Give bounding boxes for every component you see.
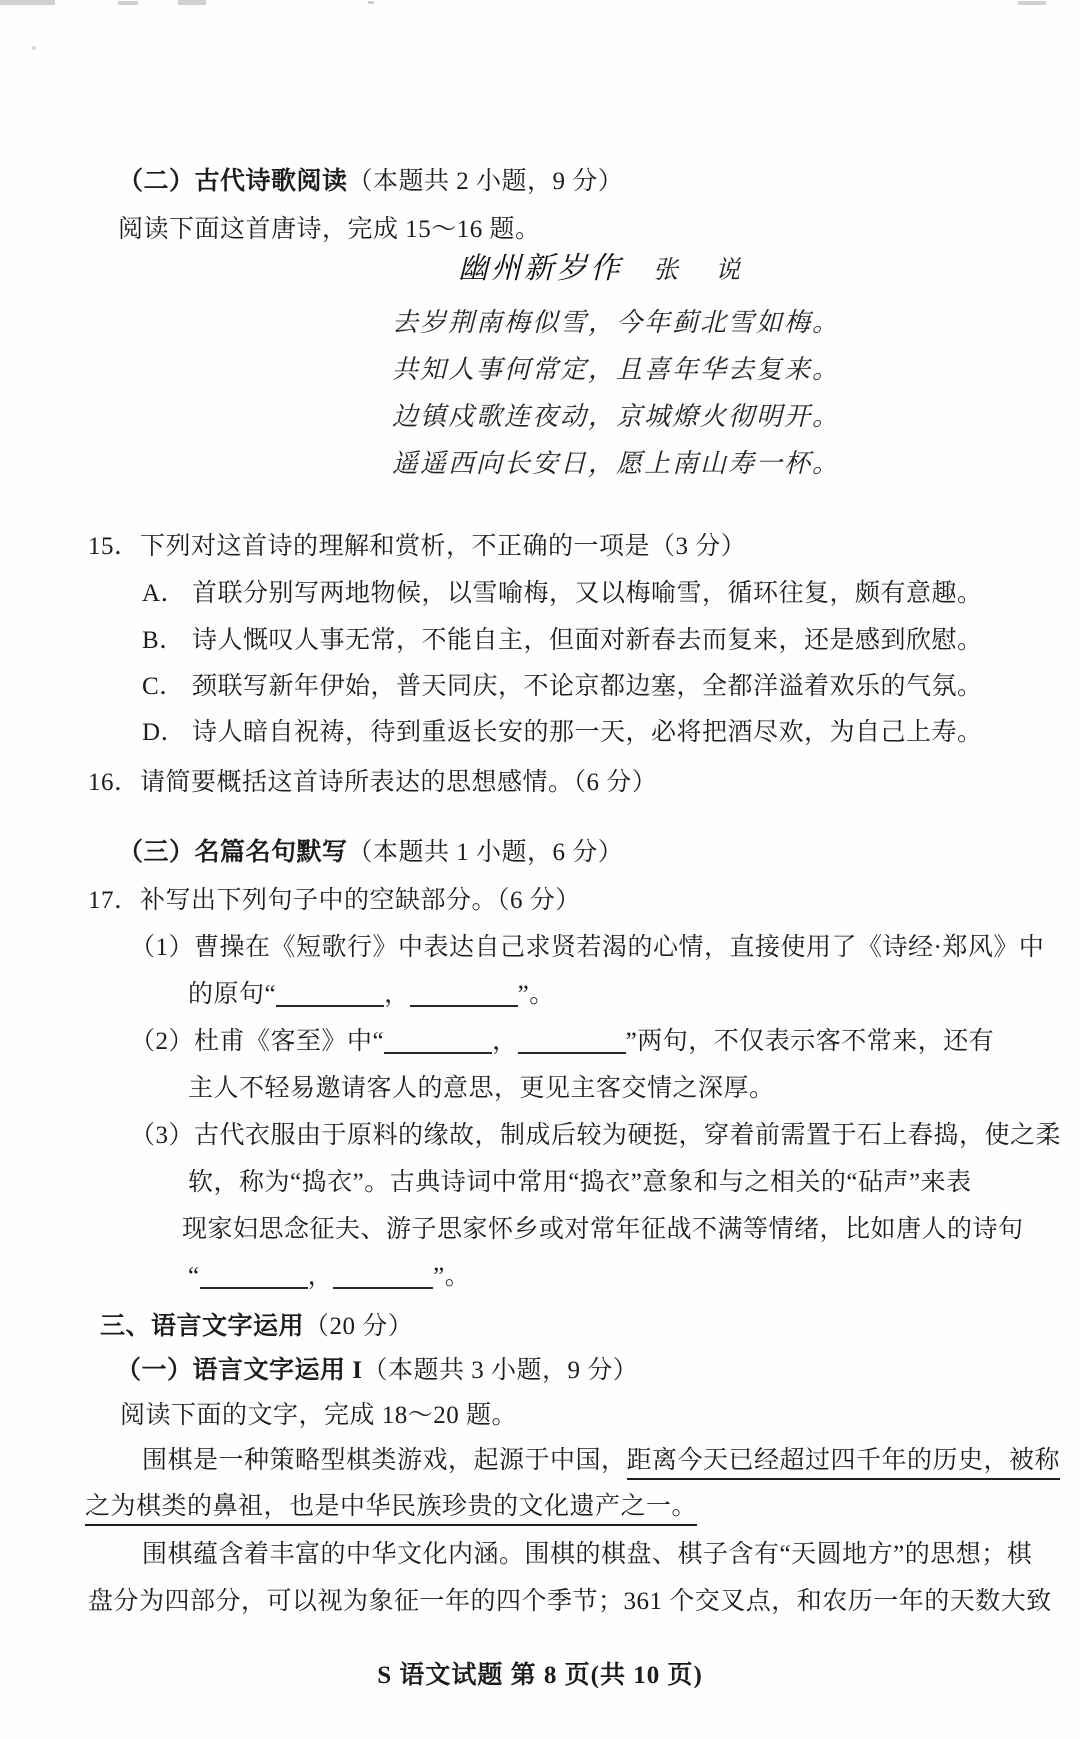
option-label: B．	[142, 624, 192, 658]
question-16: 16．请简要概括这首诗所表达的思想感情。（6 分）	[88, 766, 657, 800]
poem-line: 遥遥西向长安日，愿上南山寿一杯。	[392, 447, 840, 481]
option-d: D．诗人暗自祝祷，待到重返长安的那一天，必将把酒尽欢，为自己上寿。	[142, 716, 983, 750]
item-text: 杜甫《客至》中“	[194, 1028, 384, 1055]
item-text: ，	[384, 981, 410, 1008]
exam-page: （二）古代诗歌阅读（本题共 2 小题，9 分） 阅读下面这首唐诗，完成 15～1…	[0, 0, 1080, 1739]
section-title: 三、语言文字运用	[100, 1313, 304, 1340]
passage-paragraph-2-line-1: 围棋蕴含着丰富的中华文化内涵。围棋的棋盘、棋子含有“天圆地方”的思想；棋	[142, 1538, 1032, 1572]
section-label: （一）	[116, 1357, 193, 1384]
item-3-line-2: 软，称为“捣衣”。古典诗词中常用“捣衣”意象和与之相关的“砧声”来表	[188, 1166, 972, 1200]
section-heading-poetry: （二）古代诗歌阅读（本题共 2 小题，9 分）	[118, 165, 623, 199]
item-text: ”两句，不仅表示客不常来，还有	[626, 1028, 995, 1055]
section-meta: （本题共 3 小题，9 分）	[363, 1357, 639, 1384]
scan-artifact	[1018, 1, 1046, 5]
underlined-text: 距离今天已经超过四千年的历史，被称	[627, 1447, 1061, 1480]
item-text: ”。	[518, 981, 555, 1008]
answer-blank	[276, 993, 384, 1007]
section-meta: （本题共 1 小题，6 分）	[348, 839, 624, 866]
item-1-line-2: 的原句“，”。	[188, 978, 555, 1012]
question-number: 17．	[88, 884, 140, 918]
scan-artifact	[178, 0, 206, 5]
language-intro: 阅读下面的文字，完成 18～20 题。	[120, 1399, 517, 1433]
item-text: ”。	[433, 1263, 470, 1290]
answer-blank	[410, 993, 518, 1007]
scan-artifact	[0, 0, 55, 5]
section-meta: （本题共 2 小题，9 分）	[348, 168, 624, 195]
item-3-line-3: 现家妇思念征夫、游子思家怀乡或对常年征战不满等情绪，比如唐人的诗句	[182, 1213, 1024, 1247]
option-text: 颈联写新年伊始，普天同庆，不论京都边塞，全都洋溢着欢乐的气氛。	[192, 673, 983, 700]
item-3-line-4: “，”。	[188, 1260, 470, 1294]
option-a: A．首联分别写两地物候，以雪喻梅，又以梅喻雪，循环往复，颇有意趣。	[142, 577, 983, 611]
option-text: 首联分别写两地物候，以雪喻梅，又以梅喻雪，循环往复，颇有意趣。	[192, 580, 983, 607]
subsection-heading-language-1: （一）语言文字运用 I（本题共 3 小题，9 分）	[116, 1354, 638, 1388]
section-heading-dictation: （三）名篇名句默写（本题共 1 小题，6 分）	[118, 836, 623, 870]
poem-line: 去岁荆南梅似雪，今年蓟北雪如梅。	[392, 306, 840, 340]
question-stem: 下列对这首诗的理解和赏析，不正确的一项是（3 分）	[140, 533, 746, 560]
question-17: 17．补写出下列句子中的空缺部分。（6 分）	[88, 884, 581, 918]
item-label: （3）	[130, 1119, 194, 1153]
option-b: B．诗人慨叹人事无常，不能自主，但面对新春去而复来，还是感到欣慰。	[142, 624, 983, 658]
answer-blank	[384, 1040, 492, 1054]
item-text: “	[188, 1263, 200, 1290]
question-number: 16．	[88, 766, 140, 800]
option-label: C．	[142, 670, 192, 704]
item-2-line-1: （2）杜甫《客至》中“，”两句，不仅表示客不常来，还有	[130, 1025, 994, 1059]
item-text: ，	[308, 1263, 334, 1290]
item-2-line-2: 主人不轻易邀请客人的意思，更见主客交情之深厚。	[188, 1072, 775, 1106]
answer-blank	[333, 1275, 433, 1289]
option-label: A．	[142, 577, 192, 611]
option-text: 诗人暗自祝祷，待到重返长安的那一天，必将把酒尽欢，为自己上寿。	[192, 719, 983, 746]
section-meta: （20 分）	[304, 1313, 413, 1340]
item-text: 古代衣服由于原料的缘故，制成后较为硬挺，穿着前需置于石上舂捣，使之柔	[194, 1122, 1061, 1149]
option-text: 诗人慨叹人事无常，不能自主，但面对新春去而复来，还是感到欣慰。	[192, 627, 983, 654]
section-title: 语言文字运用 I	[193, 1357, 363, 1384]
section-title: 古代诗歌阅读	[195, 168, 348, 195]
item-text: 的原句“	[188, 981, 276, 1008]
section-heading-language: 三、语言文字运用（20 分）	[100, 1310, 413, 1344]
underlined-text: 之为棋类的鼻祖，也是中华民族珍贵的文化遗产之一。	[85, 1493, 697, 1526]
poem-line: 共知人事何常定，且喜年华去复来。	[392, 353, 840, 387]
item-text: 曹操在《短歌行》中表达自己求贤若渴的心情，直接使用了《诗经·郑风》中	[194, 934, 1044, 961]
question-stem: 补写出下列句子中的空缺部分。（6 分）	[140, 887, 581, 914]
passage-paragraph-1-line-1: 围棋是一种策略型棋类游戏，起源于中国，距离今天已经超过四千年的历史，被称	[142, 1444, 1060, 1478]
poem-line: 边镇戍歌连夜动，京城燎火彻明开。	[392, 400, 840, 434]
poem-title-line: 幽州新岁作张 说	[458, 252, 746, 288]
section-label: （二）	[118, 168, 195, 195]
passage-paragraph-2-line-2: 盘分为四部分，可以视为象征一年的四个季节；361 个交叉点，和农历一年的天数大致	[88, 1585, 1052, 1619]
passage-paragraph-1-line-2: 之为棋类的鼻祖，也是中华民族珍贵的文化遗产之一。	[85, 1490, 697, 1524]
item-text: ，	[492, 1028, 518, 1055]
section-label: （三）	[118, 839, 195, 866]
option-c: C．颈联写新年伊始，普天同庆，不论京都边塞，全都洋溢着欢乐的气氛。	[142, 670, 983, 704]
answer-blank	[200, 1275, 308, 1289]
item-3-line-1: （3）古代衣服由于原料的缘故，制成后较为硬挺，穿着前需置于石上舂捣，使之柔	[130, 1119, 1061, 1153]
option-label: D．	[142, 716, 192, 750]
question-15: 15．下列对这首诗的理解和赏析，不正确的一项是（3 分）	[88, 530, 746, 564]
question-stem: 请简要概括这首诗所表达的思想感情。（6 分）	[140, 769, 657, 796]
scan-artifact	[118, 1, 138, 5]
item-label: （1）	[130, 931, 194, 965]
section-title: 名篇名句默写	[195, 839, 348, 866]
item-label: （2）	[130, 1025, 194, 1059]
poem-author: 张 说	[653, 257, 746, 284]
answer-blank	[518, 1040, 626, 1054]
passage-text: 围棋是一种策略型棋类游戏，起源于中国，	[142, 1447, 627, 1474]
page-footer: S 语文试题 第 8 页(共 10 页)	[0, 1655, 1080, 1691]
scan-artifact	[368, 1, 374, 4]
poetry-intro: 阅读下面这首唐诗，完成 15～16 题。	[118, 213, 541, 247]
question-number: 15．	[88, 530, 140, 564]
poem-title: 幽州新岁作	[458, 252, 623, 285]
item-1-line-1: （1）曹操在《短歌行》中表达自己求贤若渴的心情，直接使用了《诗经·郑风》中	[130, 931, 1044, 965]
scan-artifact	[32, 46, 36, 50]
